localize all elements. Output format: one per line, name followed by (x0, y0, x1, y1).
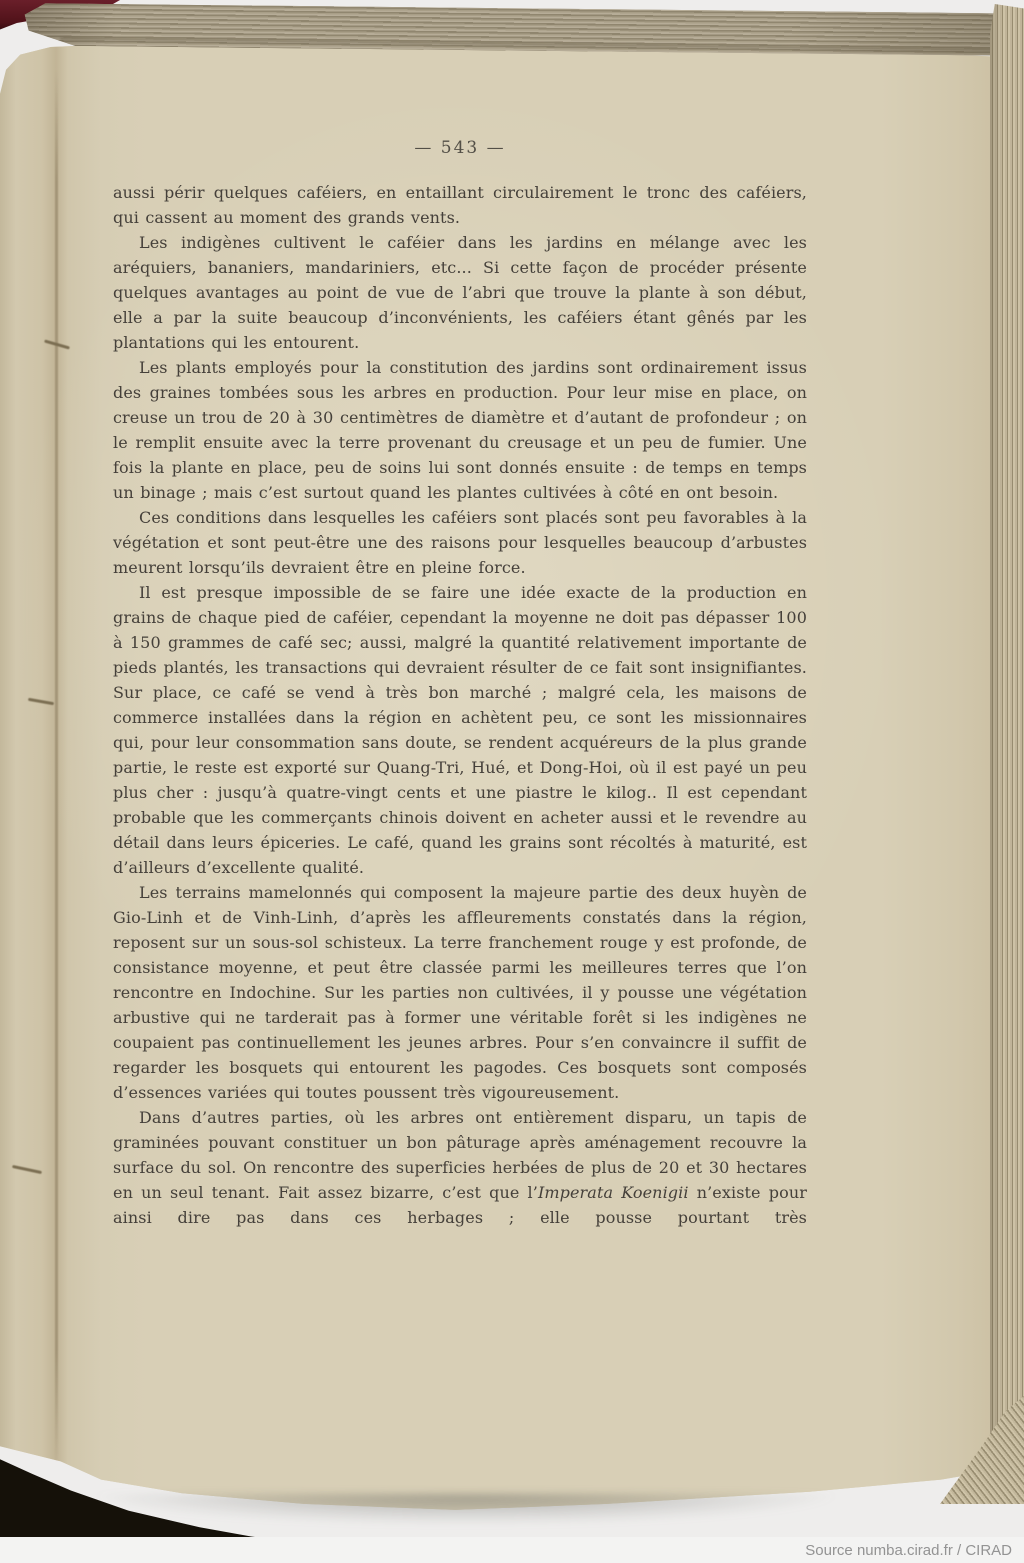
page-number: — 543 — (113, 138, 807, 158)
footer-bar: Source numba.cirad.fr / CIRAD (0, 1537, 1024, 1563)
book-fore-edge-pages (990, 4, 1024, 1494)
paragraph-2: Les indigènes cultivent le caféier dans … (113, 230, 807, 355)
paragraph-5: Il est presque impossible de se faire un… (113, 580, 807, 880)
paragraph-4: Ces conditions dans lesquelles les caféi… (113, 505, 807, 580)
binding-gutter-crease (55, 70, 58, 1462)
paragraph-6: Les terrains mamelonnés qui composent la… (113, 880, 807, 1105)
source-attribution: Source numba.cirad.fr / CIRAD (805, 1542, 1012, 1559)
paragraph-1: aussi périr quelques caféiers, en entail… (113, 180, 807, 230)
book-scan-viewer: — 543 — aussi périr quelques caféiers, e… (0, 0, 1024, 1563)
paragraph-7: Dans d’autres parties, où les arbres ont… (113, 1105, 807, 1230)
latin-species-name: Imperata Koenigii (538, 1183, 689, 1202)
paragraph-3: Les plants employés pour la constitution… (113, 355, 807, 505)
page-drop-shadow (70, 1494, 950, 1530)
page-text-block: aussi périr quelques caféiers, en entail… (113, 180, 807, 1230)
